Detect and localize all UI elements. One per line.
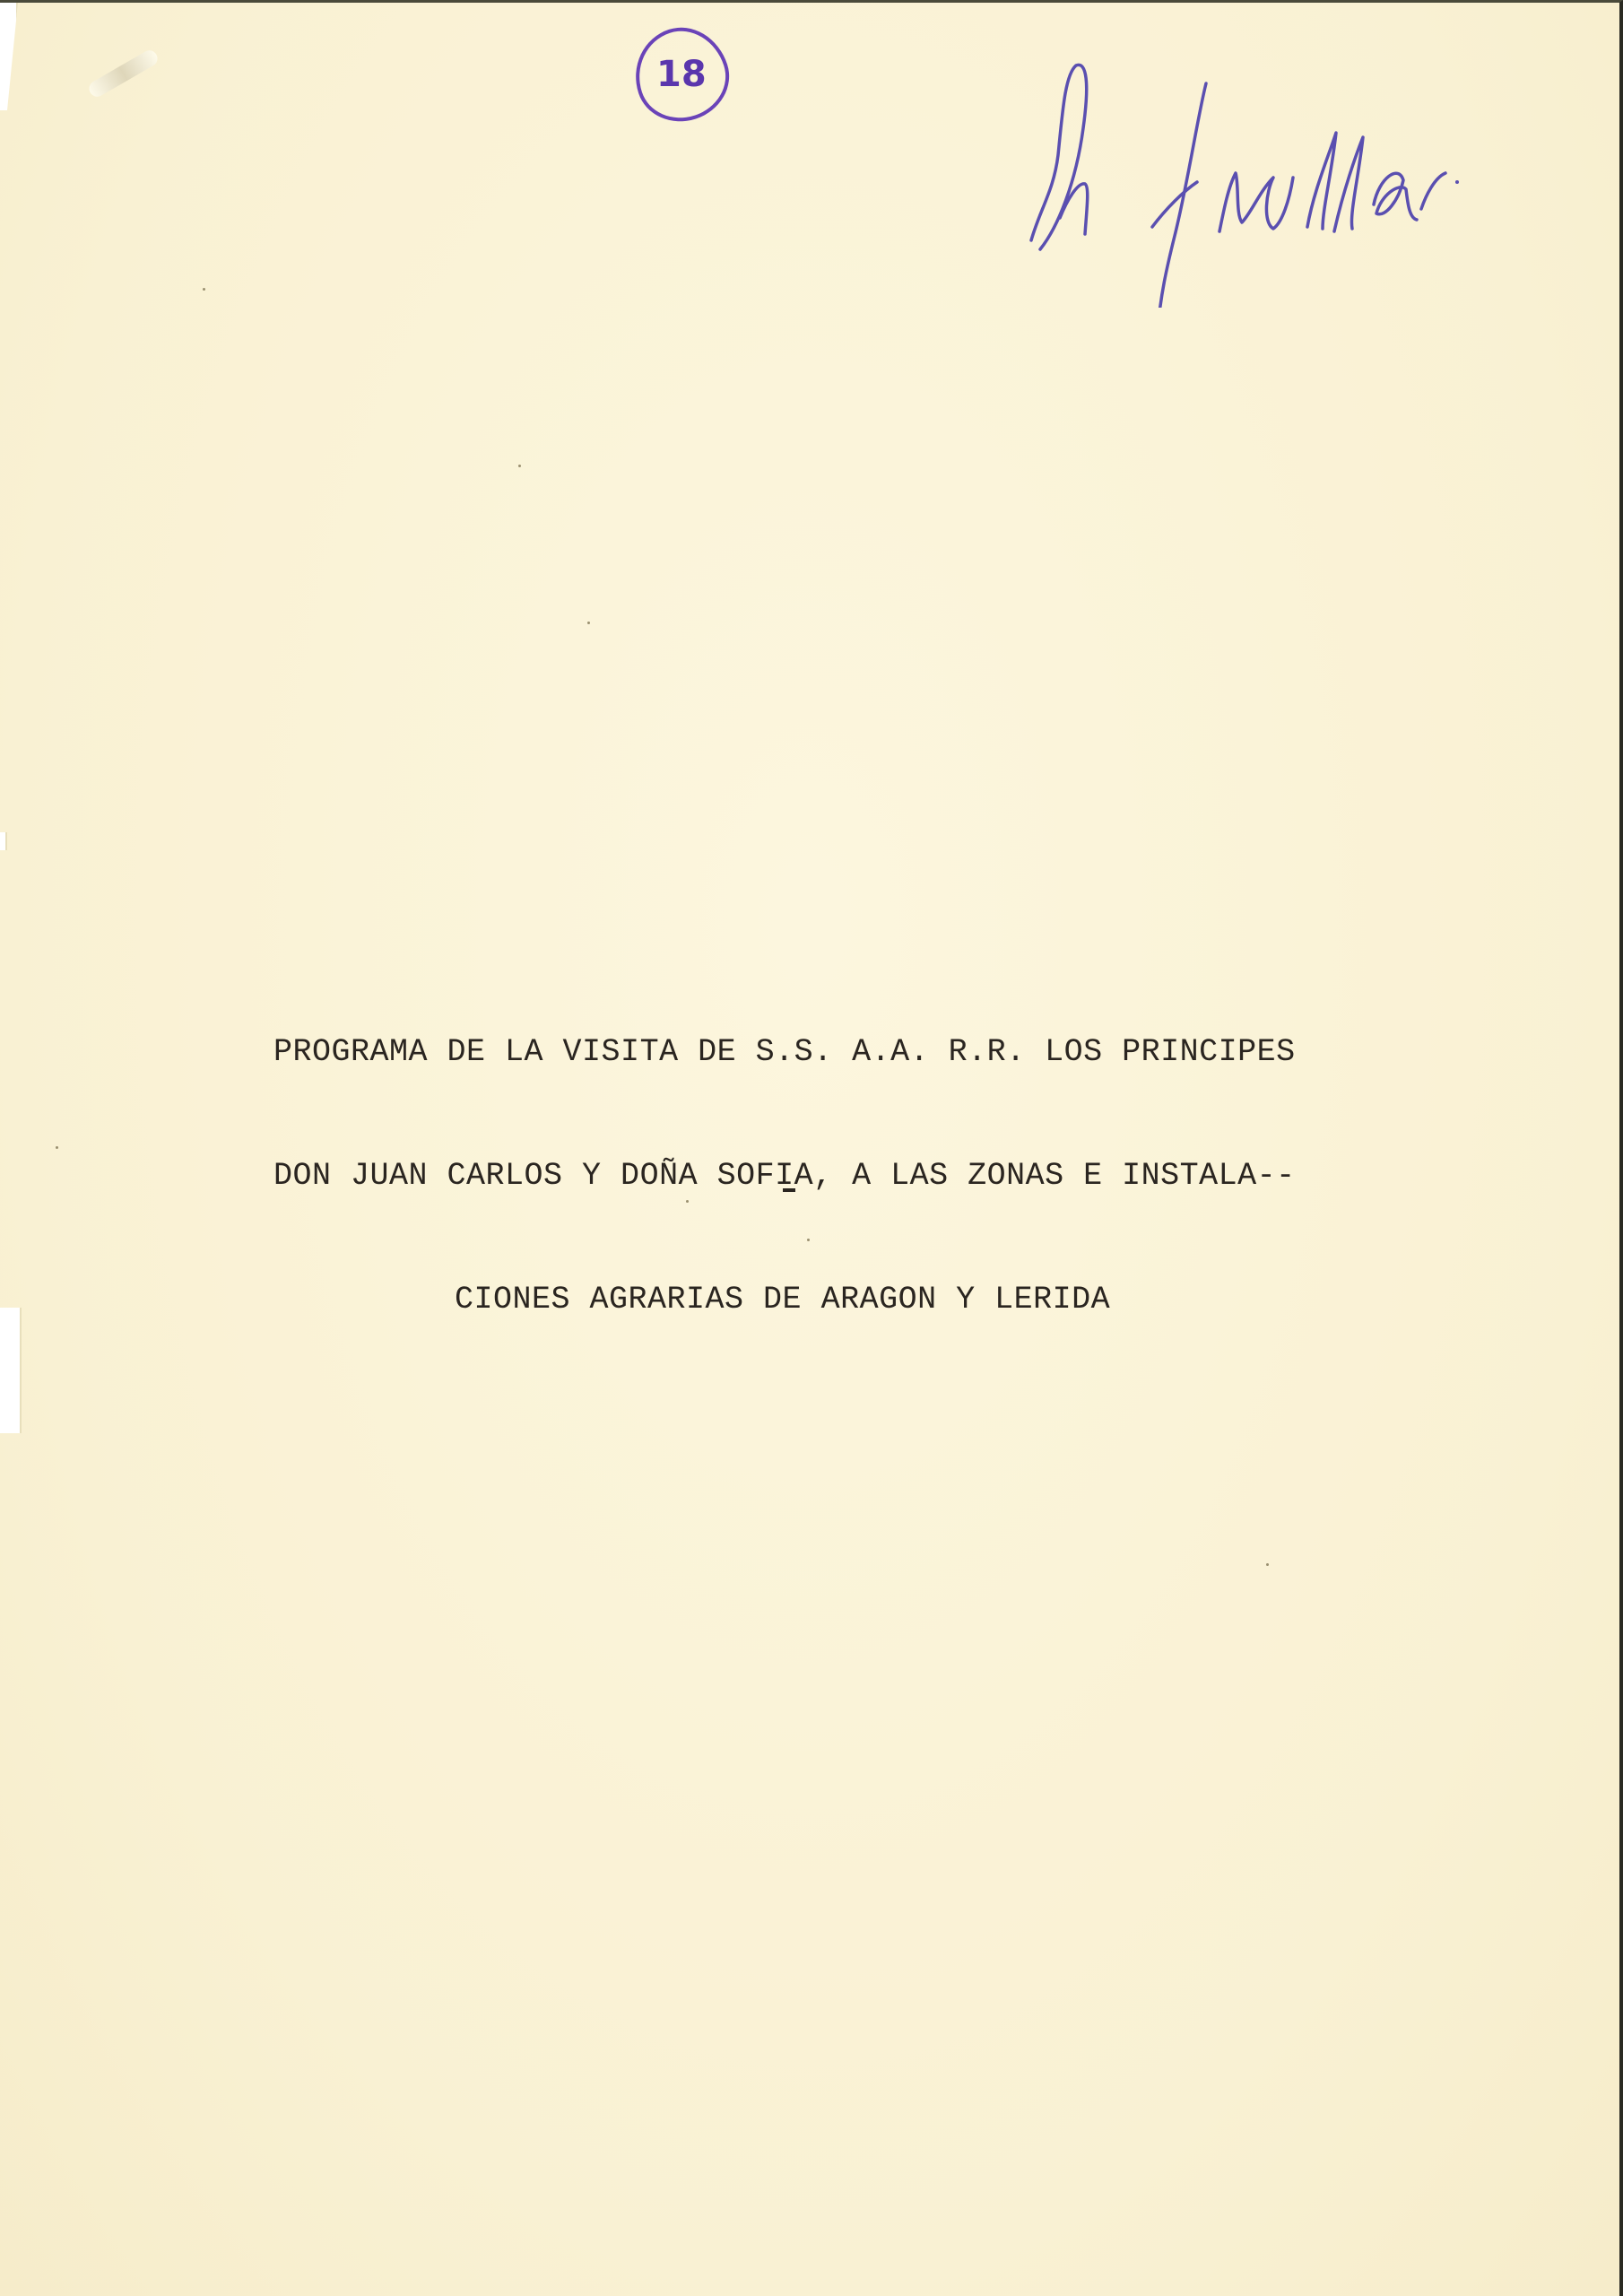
- page-number-text: 18: [656, 54, 707, 95]
- torn-edge: [0, 3, 18, 110]
- torn-edge: [0, 832, 7, 850]
- paper-speck: [686, 1200, 689, 1203]
- separator-dash: [783, 1188, 795, 1192]
- paper-speck: [1266, 1563, 1269, 1566]
- circled-page-number: 18: [622, 15, 740, 133]
- handwritten-signature: Sr Guallar.: [1004, 30, 1488, 308]
- paper-speck: [203, 288, 205, 291]
- paper-stain: [86, 48, 161, 100]
- paper-speck: [56, 1146, 58, 1149]
- paper-speck: [807, 1239, 810, 1241]
- title-line-3: CIONES AGRARIAS DE ARAGON Y LERIDA: [273, 1279, 1350, 1320]
- title-line-1: PROGRAMA DE LA VISITA DE S.S. A.A. R.R. …: [273, 1031, 1350, 1073]
- paper-speck: [587, 622, 590, 624]
- signature-icon: [1004, 30, 1488, 308]
- title-line-2: DON JUAN CARLOS Y DOÑA SOFIA, A LAS ZONA…: [273, 1155, 1350, 1196]
- paper-speck: [518, 465, 521, 467]
- document-title: PROGRAMA DE LA VISITA DE S.S. A.A. R.R. …: [273, 949, 1350, 1403]
- torn-edge: [0, 1308, 22, 1433]
- document-page: 18 Sr Guallar. PROGRAMA DE LA VISITA DE …: [0, 0, 1623, 2296]
